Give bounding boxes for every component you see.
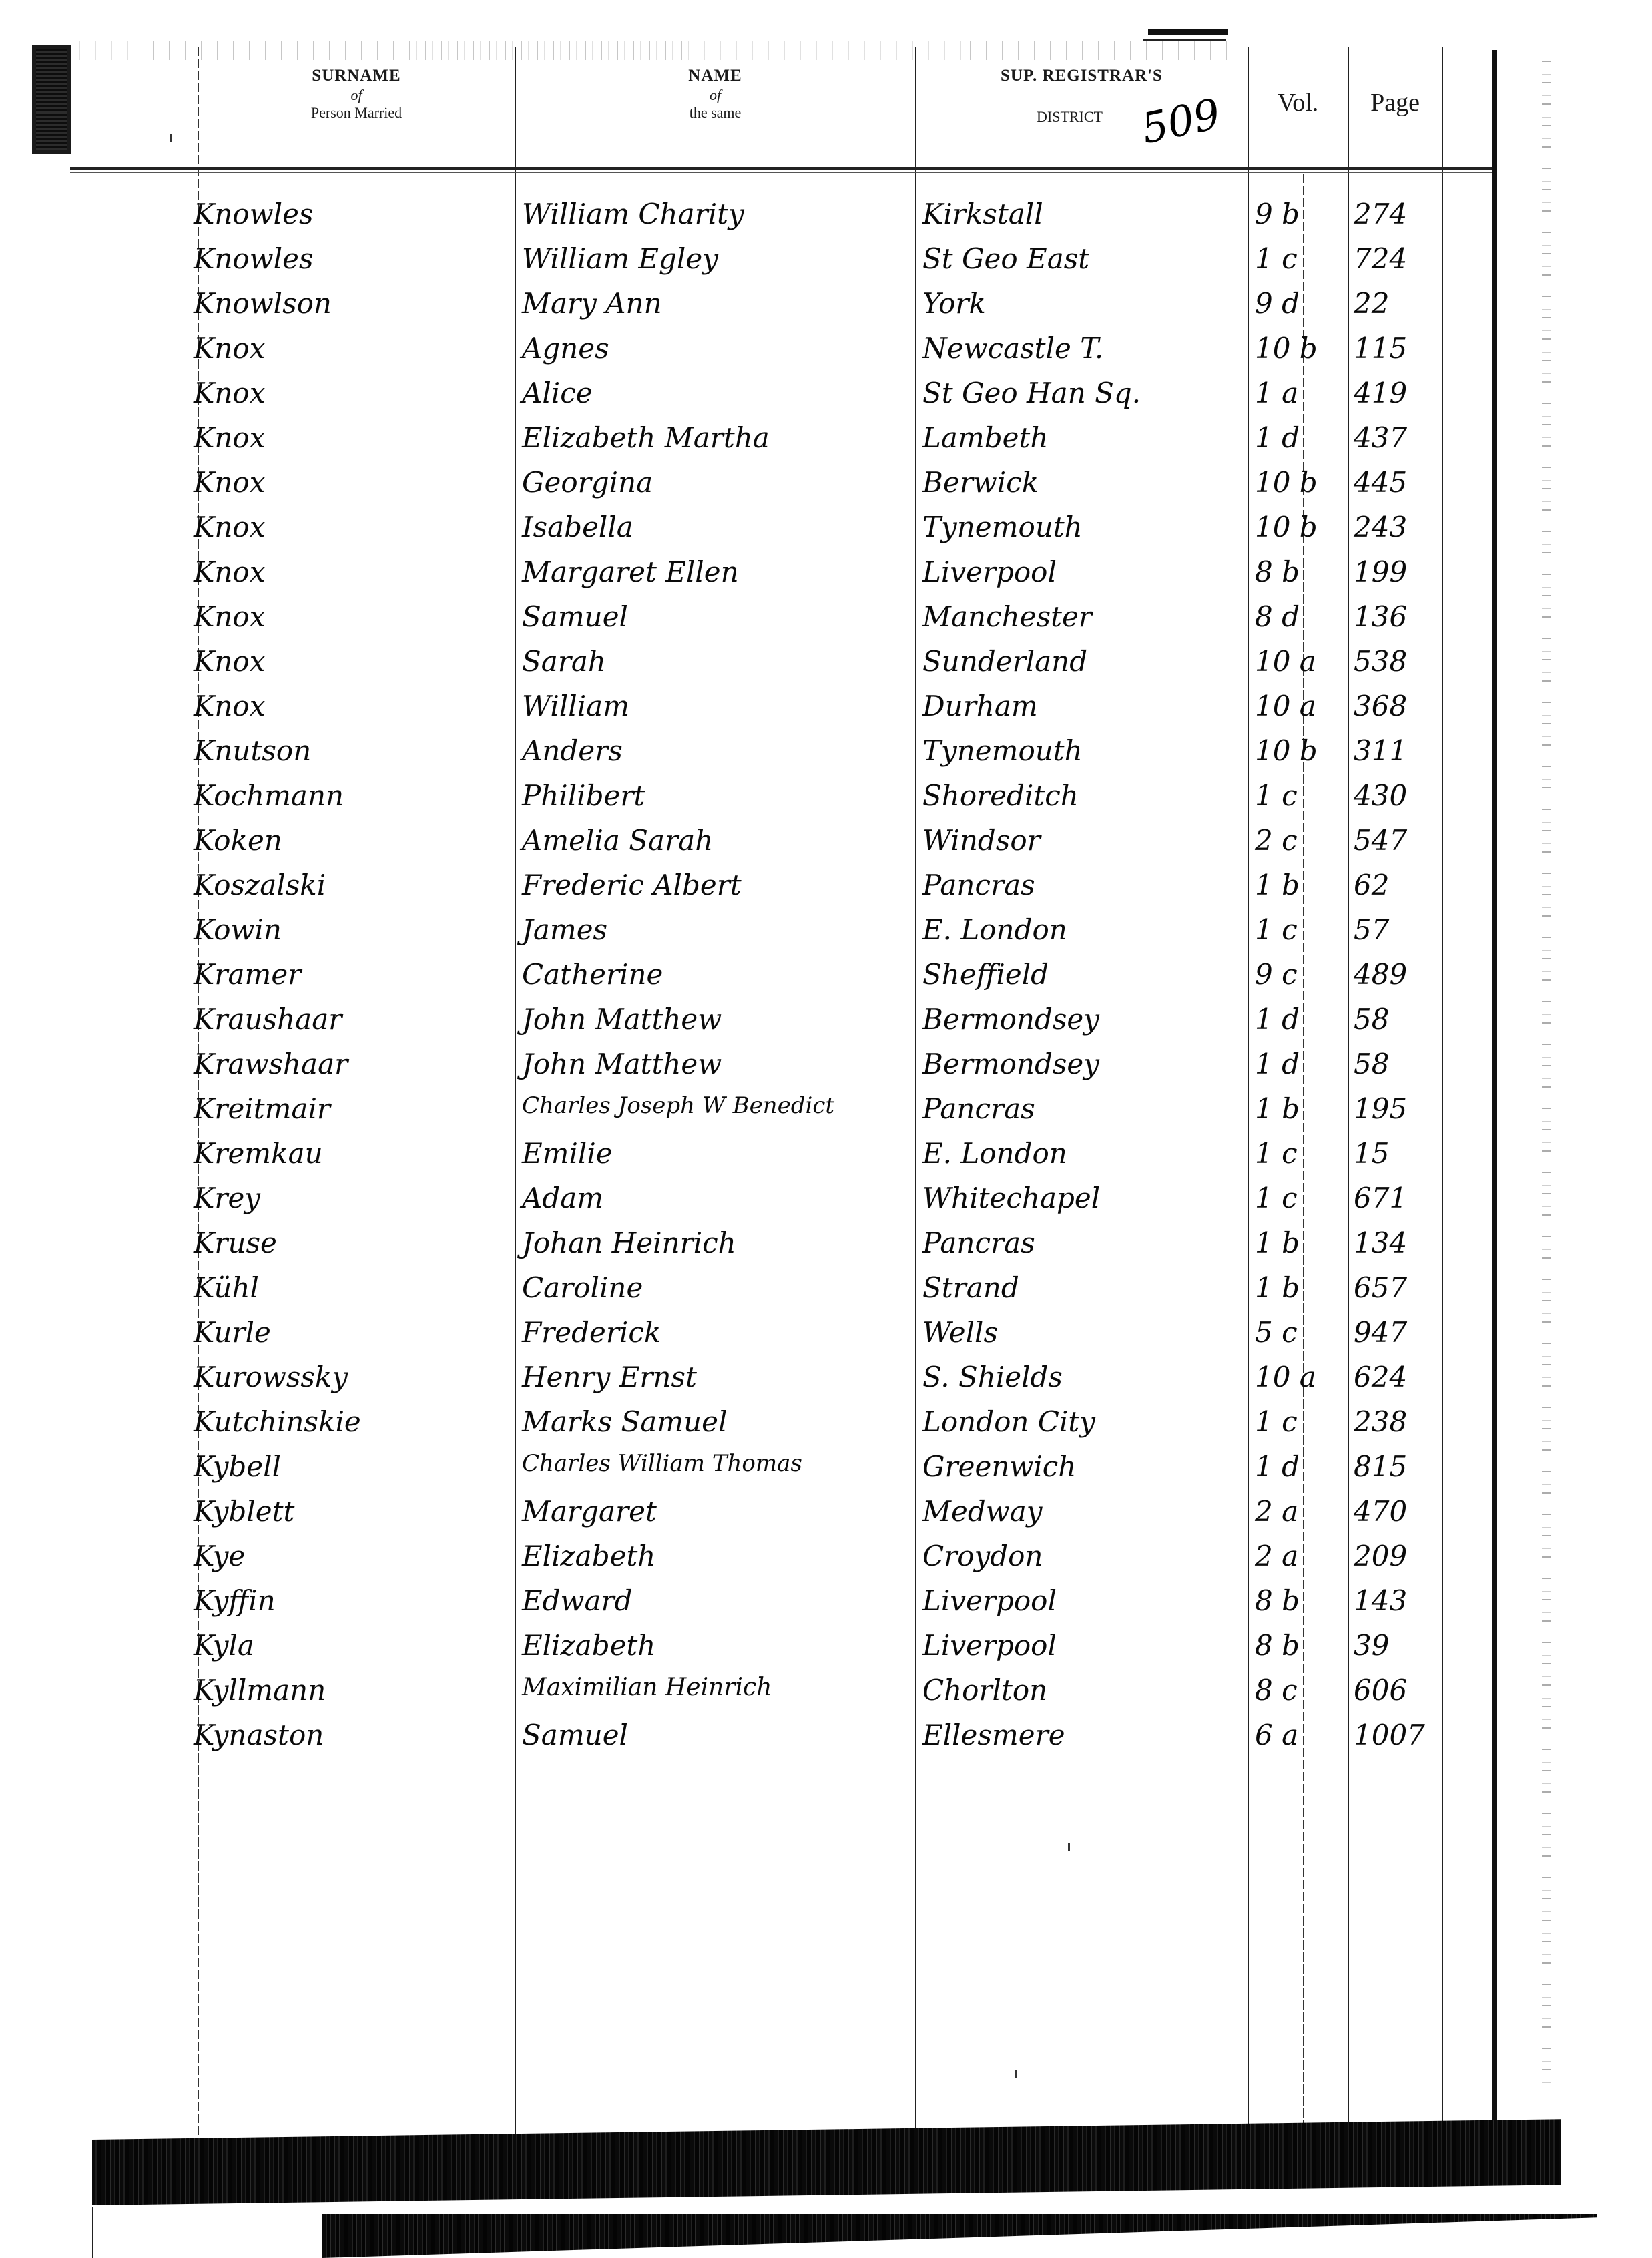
name-cell: Anders <box>522 734 916 767</box>
table-row: Kowin James E. London 1 c 57 <box>0 909 1535 956</box>
vol-cell: 10 b <box>1255 511 1342 543</box>
name-cell: Margaret Ellen <box>522 555 916 588</box>
vol-cell: 1 c <box>1255 1405 1342 1438</box>
vol-cell: 1 c <box>1255 1137 1342 1170</box>
name-cell: Agnes <box>522 332 916 365</box>
page-cell: 58 <box>1354 1003 1440 1036</box>
table-row: Kühl Caroline Strand 1 b 657 <box>0 1267 1535 1314</box>
surname-cell: Kramer <box>194 958 507 991</box>
vol-cell: 10 a <box>1255 1361 1342 1393</box>
district-cell: Pancras <box>922 1092 1243 1125</box>
district-cell: Wells <box>922 1316 1243 1349</box>
table-row: Kyllmann Maximilian Heinrich Chorlton 8 … <box>0 1670 1535 1717</box>
name-cell: Emilie <box>522 1137 916 1170</box>
district-cell: Chorlton <box>922 1674 1243 1707</box>
table-row: Kyffin Edward Liverpool 8 b 143 <box>0 1580 1535 1627</box>
table-row: Krawshaar John Matthew Bermondsey 1 d 58 <box>0 1044 1535 1090</box>
header-page: Page <box>1349 88 1441 208</box>
district-cell: Bermondsey <box>922 1048 1243 1080</box>
vol-cell: 10 a <box>1255 690 1342 722</box>
scan-shadow-band <box>92 2119 1561 2205</box>
vol-cell: 2 c <box>1255 824 1342 857</box>
name-cell: John Matthew <box>522 1003 916 1036</box>
name-cell: William <box>522 690 916 722</box>
page-cell: 470 <box>1354 1495 1440 1528</box>
scan-speck <box>1068 1843 1070 1851</box>
name-cell: Elizabeth Martha <box>522 421 916 454</box>
surname-cell: Knowles <box>194 242 507 275</box>
page-cell: 947 <box>1354 1316 1440 1349</box>
vol-cell: 1 b <box>1255 1226 1342 1259</box>
name-cell: Philibert <box>522 779 916 812</box>
name-cell: Charles William Thomas <box>522 1450 916 1477</box>
page-cell: 419 <box>1354 377 1440 409</box>
surname-cell: Knox <box>194 555 507 588</box>
surname-cell: Koken <box>194 824 507 857</box>
vol-cell: 10 b <box>1255 466 1342 499</box>
vol-cell: 10 b <box>1255 734 1342 767</box>
name-cell: Henry Ernst <box>522 1361 916 1393</box>
scan-speck <box>170 134 172 142</box>
surname-cell: Kyffin <box>194 1584 507 1617</box>
surname-cell: Kühl <box>194 1271 507 1304</box>
surname-cell: Knowles <box>194 198 507 230</box>
vol-cell: 2 a <box>1255 1495 1342 1528</box>
page-cell: 274 <box>1354 198 1440 230</box>
page-cell: 538 <box>1354 645 1440 678</box>
table-row: Knox William Durham 10 a 368 <box>0 686 1535 732</box>
district-cell: Lambeth <box>922 421 1243 454</box>
table-row: Kraushaar John Matthew Bermondsey 1 d 58 <box>0 999 1535 1046</box>
surname-cell: Kraushaar <box>194 1003 507 1036</box>
district-cell: Liverpool <box>922 555 1243 588</box>
vol-cell: 1 d <box>1255 421 1342 454</box>
page-cell: 1007 <box>1354 1719 1440 1751</box>
surname-cell: Kye <box>194 1540 507 1572</box>
page-cell: 22 <box>1354 287 1440 320</box>
header-surname-sub: Person Married <box>199 104 514 122</box>
vol-cell: 10 b <box>1255 332 1342 365</box>
header-name: NAME of the same <box>516 47 914 167</box>
table-row: Kurle Frederick Wells 5 c 947 <box>0 1312 1535 1359</box>
page-cell: 311 <box>1354 734 1440 767</box>
header-name-title: NAME <box>516 67 914 85</box>
district-cell: Whitechapel <box>922 1182 1243 1214</box>
page-cell: 445 <box>1354 466 1440 499</box>
table-row: Kremkau Emilie E. London 1 c 15 <box>0 1133 1535 1180</box>
name-cell: Elizabeth <box>522 1629 916 1662</box>
table-row: Knox Alice St Geo Han Sq. 1 a 419 <box>0 373 1535 419</box>
name-cell: Sarah <box>522 645 916 678</box>
scan-edge-line <box>92 2207 93 2258</box>
page-cell: 115 <box>1354 332 1440 365</box>
page-cell: 136 <box>1354 600 1440 633</box>
surname-cell: Kremkau <box>194 1137 507 1170</box>
page-cell: 624 <box>1354 1361 1440 1393</box>
table-row: Kreitmair Charles Joseph W Benedict Panc… <box>0 1088 1535 1135</box>
page-cell: 62 <box>1354 869 1440 901</box>
name-cell: Isabella <box>522 511 916 543</box>
table-row: Krey Adam Whitechapel 1 c 671 <box>0 1178 1535 1224</box>
name-cell: Samuel <box>522 1719 916 1751</box>
scan-noise-right <box>1542 53 1551 2090</box>
surname-cell: Knowlson <box>194 287 507 320</box>
district-cell: Greenwich <box>922 1450 1243 1483</box>
vol-cell: 9 d <box>1255 287 1342 320</box>
district-cell: Croydon <box>922 1540 1243 1572</box>
page-cell: 134 <box>1354 1226 1440 1259</box>
name-cell: Samuel <box>522 600 916 633</box>
page-cell: 430 <box>1354 779 1440 812</box>
surname-cell: Kreitmair <box>194 1092 507 1125</box>
surname-cell: Kochmann <box>194 779 507 812</box>
header-divider-thin <box>70 172 1492 173</box>
page-cell: 243 <box>1354 511 1440 543</box>
page-cell: 143 <box>1354 1584 1440 1617</box>
name-cell: Alice <box>522 377 916 409</box>
surname-cell: Kruse <box>194 1226 507 1259</box>
table-row: Kurowssky Henry Ernst S. Shields 10 a 62… <box>0 1357 1535 1403</box>
page-cell: 39 <box>1354 1629 1440 1662</box>
vol-cell: 1 d <box>1255 1003 1342 1036</box>
binding-tab <box>32 45 71 154</box>
vol-cell: 8 b <box>1255 555 1342 588</box>
surname-cell: Kynaston <box>194 1719 507 1751</box>
name-cell: Charles Joseph W Benedict <box>522 1092 916 1119</box>
surname-cell: Knutson <box>194 734 507 767</box>
name-cell: Edward <box>522 1584 916 1617</box>
vol-cell: 8 b <box>1255 1584 1342 1617</box>
page-cell: 489 <box>1354 958 1440 991</box>
vol-cell: 8 b <box>1255 1629 1342 1662</box>
surname-cell: Knox <box>194 332 507 365</box>
surname-cell: Kyllmann <box>194 1674 507 1707</box>
page-cell: 238 <box>1354 1405 1440 1438</box>
scan-speck <box>1015 2070 1017 2078</box>
district-cell: Pancras <box>922 1226 1243 1259</box>
vol-cell: 5 c <box>1255 1316 1342 1349</box>
vol-cell: 8 c <box>1255 1674 1342 1707</box>
vol-cell: 6 a <box>1255 1719 1342 1751</box>
vol-cell: 1 c <box>1255 1182 1342 1214</box>
table-row: Kyla Elizabeth Liverpool 8 b 39 <box>0 1625 1535 1672</box>
name-cell: Margaret <box>522 1495 916 1528</box>
district-cell: Berwick <box>922 466 1243 499</box>
surname-cell: Kutchinskie <box>194 1405 507 1438</box>
district-cell: Sheffield <box>922 958 1243 991</box>
vol-cell: 1 c <box>1255 913 1342 946</box>
district-cell: Tynemouth <box>922 511 1243 543</box>
district-cell: Windsor <box>922 824 1243 857</box>
page-cell: 815 <box>1354 1450 1440 1483</box>
district-cell: Medway <box>922 1495 1243 1528</box>
district-cell: S. Shields <box>922 1361 1243 1393</box>
name-cell: Adam <box>522 1182 916 1214</box>
surname-cell: Krey <box>194 1182 507 1214</box>
district-cell: St Geo Han Sq. <box>922 377 1243 409</box>
name-cell: James <box>522 913 916 946</box>
surname-cell: Kyblett <box>194 1495 507 1528</box>
vol-cell: 1 d <box>1255 1450 1342 1483</box>
surname-cell: Knox <box>194 466 507 499</box>
page-cell: 547 <box>1354 824 1440 857</box>
vol-cell: 1 b <box>1255 1271 1342 1304</box>
district-cell: Kirkstall <box>922 198 1243 230</box>
table-row: Kramer Catherine Sheffield 9 c 489 <box>0 954 1535 1001</box>
vol-cell: 1 d <box>1255 1048 1342 1080</box>
vol-cell: 10 a <box>1255 645 1342 678</box>
page-cell: 724 <box>1354 242 1440 275</box>
surname-cell: Kyla <box>194 1629 507 1662</box>
district-cell: Ellesmere <box>922 1719 1243 1751</box>
name-cell: John Matthew <box>522 1048 916 1080</box>
table-row: Knox Margaret Ellen Liverpool 8 b 199 <box>0 551 1535 598</box>
table-row: Knutson Anders Tynemouth 10 b 311 <box>0 730 1535 777</box>
district-cell: E. London <box>922 913 1243 946</box>
table-row: Knox Agnes Newcastle T. 10 b 115 <box>0 328 1535 375</box>
surname-cell: Kybell <box>194 1450 507 1483</box>
scan-mark <box>1143 39 1226 41</box>
name-cell: Caroline <box>522 1271 916 1304</box>
district-cell: Strand <box>922 1271 1243 1304</box>
table-row: Koszalski Frederic Albert Pancras 1 b 62 <box>0 865 1535 911</box>
table-row: Knowles William Egley St Geo East 1 c 72… <box>0 238 1535 285</box>
name-cell: Maximilian Heinrich <box>522 1674 916 1701</box>
district-cell: E. London <box>922 1137 1243 1170</box>
name-cell: Georgina <box>522 466 916 499</box>
vol-cell: 1 a <box>1255 377 1342 409</box>
header-vol: Vol. <box>1249 88 1347 208</box>
district-cell: London City <box>922 1405 1243 1438</box>
scan-shadow-band-lower <box>322 2214 1597 2258</box>
vol-cell: 2 a <box>1255 1540 1342 1572</box>
district-cell: Pancras <box>922 869 1243 901</box>
district-cell: Sunderland <box>922 645 1243 678</box>
header-surname-of: of <box>199 88 514 103</box>
table-row: Knox Sarah Sunderland 10 a 538 <box>0 641 1535 688</box>
surname-cell: Kurowssky <box>194 1361 507 1393</box>
district-cell: Newcastle T. <box>922 332 1243 365</box>
vol-cell: 9 c <box>1255 958 1342 991</box>
table-row: Kochmann Philibert Shoreditch 1 c 430 <box>0 775 1535 822</box>
district-cell: Durham <box>922 690 1243 722</box>
table-row: Knox Isabella Tynemouth 10 b 243 <box>0 507 1535 553</box>
district-cell: Shoreditch <box>922 779 1243 812</box>
scan-mark <box>1148 29 1228 35</box>
district-cell: Liverpool <box>922 1629 1243 1662</box>
vol-cell: 1 b <box>1255 869 1342 901</box>
name-cell: Amelia Sarah <box>522 824 916 857</box>
page-cell: 195 <box>1354 1092 1440 1125</box>
table-row: Knox Samuel Manchester 8 d 136 <box>0 596 1535 643</box>
page-cell: 671 <box>1354 1182 1440 1214</box>
district-cell: Bermondsey <box>922 1003 1243 1036</box>
surname-cell: Knox <box>194 645 507 678</box>
surname-cell: Knox <box>194 690 507 722</box>
district-cell: St Geo East <box>922 242 1243 275</box>
table-row: Kye Elizabeth Croydon 2 a 209 <box>0 1536 1535 1582</box>
header-divider <box>70 167 1492 170</box>
table-row: Kybell Charles William Thomas Greenwich … <box>0 1446 1535 1493</box>
table-row: Kruse Johan Heinrich Pancras 1 b 134 <box>0 1222 1535 1269</box>
page-cell: 437 <box>1354 421 1440 454</box>
header-name-of: of <box>516 88 914 103</box>
name-cell: Johan Heinrich <box>522 1226 916 1259</box>
district-cell: Manchester <box>922 600 1243 633</box>
vol-cell: 9 b <box>1255 198 1342 230</box>
table-row: Kyblett Margaret Medway 2 a 470 <box>0 1491 1535 1538</box>
vol-cell: 1 c <box>1255 779 1342 812</box>
district-cell: Liverpool <box>922 1584 1243 1617</box>
vol-cell: 1 c <box>1255 242 1342 275</box>
page-cell: 368 <box>1354 690 1440 722</box>
header-surname-title: SURNAME <box>199 67 514 85</box>
table-row: Knox Elizabeth Martha Lambeth 1 d 437 <box>0 417 1535 464</box>
table-row: Knowlson Mary Ann York 9 d 22 <box>0 283 1535 330</box>
header-name-sub: the same <box>516 104 914 122</box>
page-cell: 15 <box>1354 1137 1440 1170</box>
surname-cell: Knox <box>194 511 507 543</box>
surname-cell: Knox <box>194 421 507 454</box>
table-row: Kynaston Samuel Ellesmere 6 a 1007 <box>0 1715 1535 1761</box>
header-surname: SURNAME of Person Married <box>199 47 514 167</box>
table-row: Kutchinskie Marks Samuel London City 1 c… <box>0 1401 1535 1448</box>
vol-cell: 8 d <box>1255 600 1342 633</box>
name-cell: Frederic Albert <box>522 869 916 901</box>
name-cell: Frederick <box>522 1316 916 1349</box>
name-cell: Catherine <box>522 958 916 991</box>
district-cell: York <box>922 287 1243 320</box>
page-cell: 657 <box>1354 1271 1440 1304</box>
header-district-title: SUP. REGISTRAR'S <box>916 67 1247 85</box>
page-cell: 58 <box>1354 1048 1440 1080</box>
surname-cell: Knox <box>194 600 507 633</box>
page-cell: 606 <box>1354 1674 1440 1707</box>
vol-cell: 1 b <box>1255 1092 1342 1125</box>
name-cell: Elizabeth <box>522 1540 916 1572</box>
surname-cell: Kurle <box>194 1316 507 1349</box>
register-page: SURNAME of Person Married NAME of the sa… <box>0 0 1652 2258</box>
surname-cell: Knox <box>194 377 507 409</box>
surname-cell: Krawshaar <box>194 1048 507 1080</box>
name-cell: Marks Samuel <box>522 1405 916 1438</box>
surname-cell: Kowin <box>194 913 507 946</box>
table-row: Knowles William Charity Kirkstall 9 b 27… <box>0 194 1535 240</box>
surname-cell: Koszalski <box>194 869 507 901</box>
name-cell: William Egley <box>522 242 916 275</box>
table-row: Knox Georgina Berwick 10 b 445 <box>0 462 1535 509</box>
page-cell: 209 <box>1354 1540 1440 1572</box>
district-cell: Tynemouth <box>922 734 1243 767</box>
table-row: Koken Amelia Sarah Windsor 2 c 547 <box>0 820 1535 867</box>
page-cell: 57 <box>1354 913 1440 946</box>
page-cell: 199 <box>1354 555 1440 588</box>
name-cell: Mary Ann <box>522 287 916 320</box>
name-cell: William Charity <box>522 198 916 230</box>
